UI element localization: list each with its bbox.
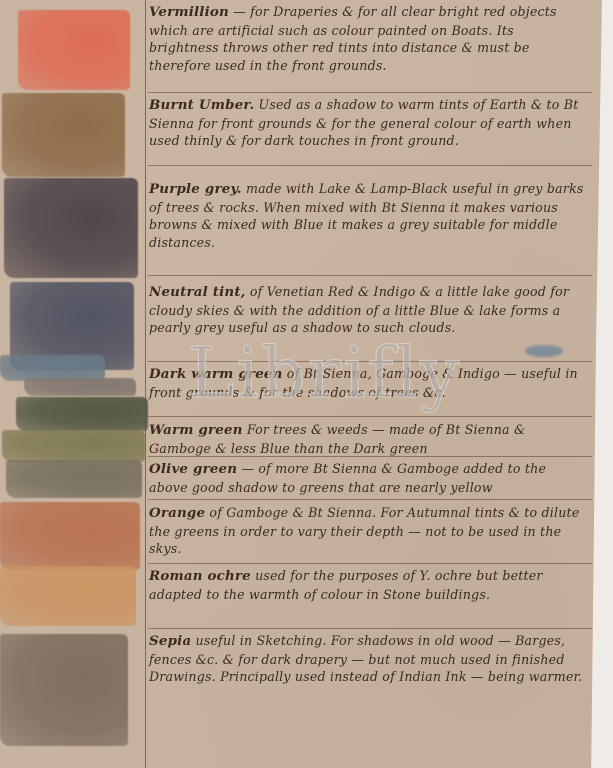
entry-name: Sepia xyxy=(149,633,191,649)
manuscript-page: Vermillion — for Draperies & for all cle… xyxy=(0,0,602,768)
entry-name: Neutral tint, xyxy=(149,284,246,300)
swatch-grey-stroke xyxy=(24,378,136,396)
swatch-purple-grey xyxy=(4,178,138,278)
entry-dark-warm-green: Dark warm green of Bt Sienna, Gamboge & … xyxy=(147,365,586,401)
entry-neutral-tint: Neutral tint, of Venetian Red & Indigo &… xyxy=(147,283,586,337)
entry-sepia: Sepia useful in Sketching. For shadows i… xyxy=(147,632,586,686)
swatch-olive-green xyxy=(6,460,142,498)
swatch-dark-warm-green xyxy=(16,397,148,431)
swatch-vermilion xyxy=(18,10,130,90)
divider-line xyxy=(148,165,592,166)
entry-name: Roman ochre xyxy=(149,568,251,584)
divider-line xyxy=(148,416,592,417)
divider-line xyxy=(148,628,592,629)
entry-name: Vermillion xyxy=(149,4,229,20)
swatch-warm-green xyxy=(2,430,145,462)
blue-ink-blot xyxy=(525,345,563,357)
entry-purple-grey: Purple grey. made with Lake & Lamp-Black… xyxy=(147,180,586,251)
entry-text: of Gamboge & Bt Sienna. For Autumnal tin… xyxy=(149,505,579,556)
divider-line xyxy=(148,92,592,93)
divider-line xyxy=(148,361,592,362)
entry-name: Purple grey. xyxy=(149,181,242,197)
entry-roman-ochre: Roman ochre used for the purposes of Y. … xyxy=(147,567,586,603)
divider-line xyxy=(148,563,592,564)
entry-burnt-umber: Burnt Umber. Used as a shadow to warm ti… xyxy=(147,96,586,150)
divider-line xyxy=(148,275,592,276)
swatch-orange xyxy=(0,502,140,570)
swatch-roman-ochre xyxy=(0,566,136,626)
entry-name: Orange xyxy=(149,505,205,521)
swatch-burnt-umber xyxy=(2,93,125,177)
entry-name: Warm green xyxy=(149,422,243,438)
entry-name: Burnt Umber. xyxy=(149,97,254,113)
entry-name: Dark warm green xyxy=(149,366,283,382)
entry-olive-green: Olive green — of more Bt Sienna & Gambog… xyxy=(147,460,586,496)
entry-orange: Orange of Gamboge & Bt Sienna. For Autum… xyxy=(147,504,586,558)
divider-line xyxy=(148,499,592,500)
swatch-sepia xyxy=(0,634,128,746)
entry-name: Olive green xyxy=(149,461,237,477)
margin-line xyxy=(145,0,146,768)
entry-warm-green: Warm green For trees & weeds — made of B… xyxy=(147,421,586,457)
entry-vermilion: Vermillion — for Draperies & for all cle… xyxy=(147,3,586,74)
entry-text: useful in Sketching. For shadows in old … xyxy=(149,633,583,684)
